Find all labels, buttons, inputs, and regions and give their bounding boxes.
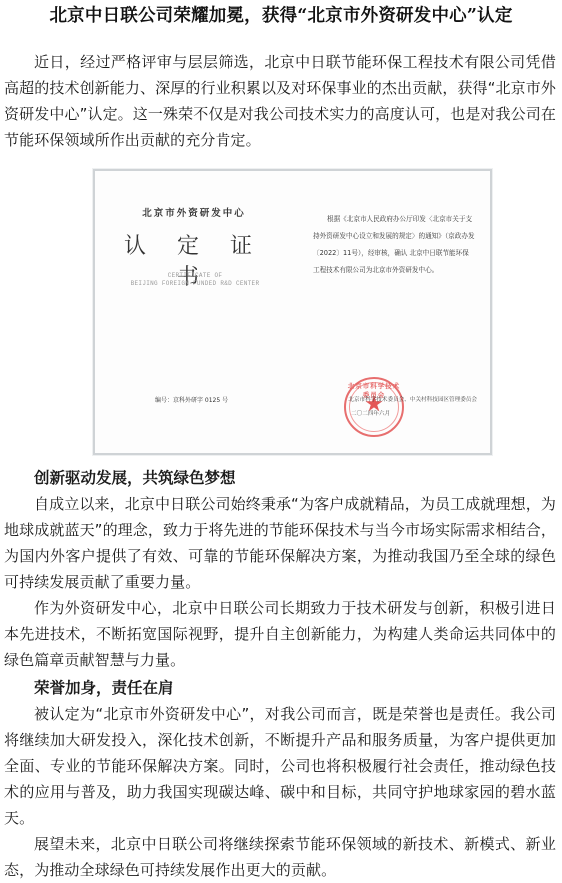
section-1-paragraph-2: 作为外资研发中心，北京中日联公司长期致力于技术研发与创新，积极引进日本先进技术，… [4,595,556,673]
certificate-english-line-1: CERTIFICATE OF [95,272,295,280]
certificate-org-title: 北京市外资研发中心 [119,205,269,219]
certificate-serial: 编号：京科外研字 0125 号 [155,395,228,404]
article-title: 北京中日联公司荣耀加冕，获得“北京市外资研发中心”认定 [0,3,562,29]
certificate-english-line-2: BEIJING FOREIGN-FUNDED R&D CENTER [95,280,295,288]
certificate-issuer: 北京市科学技术委员会、中关村科技园区管理委员会 [315,395,477,403]
certificate-date: 二〇二四年六月 [351,409,390,417]
seal-stamp-icon: 北京市科学技术委员会 ★ [344,377,404,437]
intro-paragraph: 近日，经过严格评审与层层筛选，北京中日联节能环保工程技术有限公司凭借高超的技术创… [4,49,556,153]
section-2-paragraph-1: 被认定为“北京市外资研发中心”，对我公司而言，既是荣誉也是责任。我公司将继续加大… [4,701,556,831]
section-heading-honor: 荣誉加身，责任在肩 [34,675,174,701]
certificate-english-title: CERTIFICATE OF BEIJING FOREIGN-FUNDED R&… [95,272,295,288]
certificate-body: 根据《北京市人民政府办公厅印发〈北京市关于支持外资研发中心设立和发展的规定〉的通… [313,211,475,279]
section-1-paragraph-1: 自成立以来，北京中日联公司始终秉承“为客户成就精品，为员工成就理想，为地球成就蓝… [4,491,556,595]
closing-paragraph: 展望未来，北京中日联公司将继续探索节能环保领域的新技术、新模式、新业态，为推动全… [4,831,556,883]
certificate-image: 北京市外资研发中心 认 定 证 书 CERTIFICATE OF BEIJING… [93,169,492,455]
section-heading-innovation: 创新驱动发展，共筑绿色梦想 [34,465,236,491]
